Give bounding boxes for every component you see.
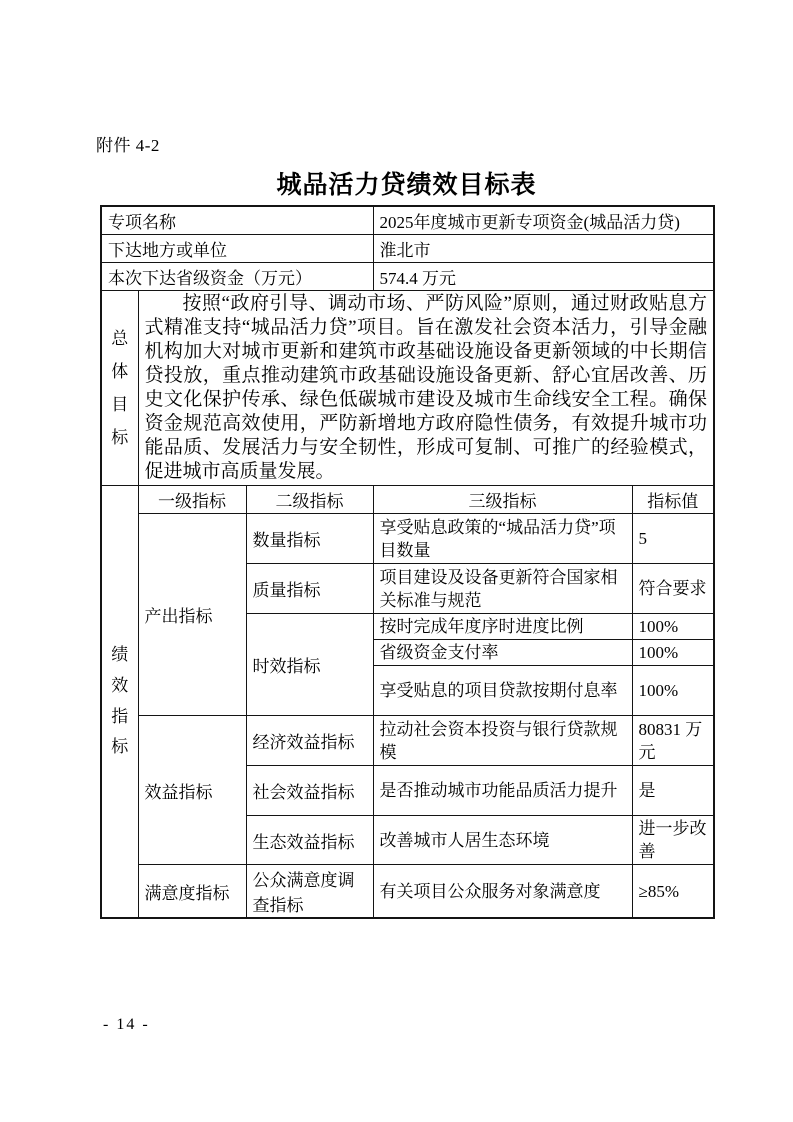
header-level1: 一级指标 (138, 486, 246, 514)
level2-public-satisfaction: 公众满意度调查指标 (246, 865, 373, 919)
indicator-value: ≥85% (632, 865, 714, 919)
indicator-value: 80831 万元 (632, 716, 714, 766)
overall-goal-row: 总体目标 按照“政府引导、调动市场、严防风险”原则，通过财政贴息方式精准支持“城… (101, 291, 714, 486)
indicator-row: 产出指标 数量指标 享受贴息政策的“城品活力贷”项目数量 5 (101, 514, 714, 564)
level1-satisfaction: 满意度指标 (138, 865, 246, 919)
project-name-label: 专项名称 (101, 206, 373, 235)
indicator-header-row: 绩效指标 一级指标 二级指标 三级指标 指标值 (101, 486, 714, 514)
indicator-value: 100% (632, 640, 714, 666)
indicator-value: 100% (632, 666, 714, 716)
indicator-value: 100% (632, 614, 714, 640)
document-page: 附件 4-2 城品活力贷绩效目标表 专项名称 2025年度城市更新专项资金(城品… (0, 0, 793, 1122)
level3-indicator: 项目建设及设备更新符合国家相关标准与规范 (373, 564, 632, 614)
table-row: 本次下达省级资金（万元） 574.4 万元 (101, 263, 714, 291)
indicator-value: 是 (632, 766, 714, 816)
level3-indicator: 省级资金支付率 (373, 640, 632, 666)
level3-indicator: 是否推动城市功能品质活力提升 (373, 766, 632, 816)
recipient-value: 淮北市 (373, 235, 714, 263)
header-level2: 二级指标 (246, 486, 373, 514)
overall-goal-label: 总体目标 (111, 322, 129, 455)
level2-timeliness: 时效指标 (246, 614, 373, 716)
header-level3: 三级指标 (373, 486, 632, 514)
level2-quality: 质量指标 (246, 564, 373, 614)
page-number: - 14 - (103, 1016, 150, 1034)
level2-ecological: 生态效益指标 (246, 816, 373, 865)
indicator-side-label-cell: 绩效指标 (101, 486, 138, 919)
table-row: 下达地方或单位 淮北市 (101, 235, 714, 263)
attachment-label: 附件 4-2 (96, 131, 160, 156)
page-title: 城品活力贷绩效目标表 (100, 165, 713, 201)
indicator-value: 5 (632, 514, 714, 564)
level3-indicator: 按时完成年度序时进度比例 (373, 614, 632, 640)
indicator-value: 符合要求 (632, 564, 714, 614)
level2-social: 社会效益指标 (246, 766, 373, 816)
performance-target-table: 专项名称 2025年度城市更新专项资金(城品活力贷) 下达地方或单位 淮北市 本… (100, 205, 715, 919)
level3-indicator: 拉动社会资本投资与银行贷款规模 (373, 716, 632, 766)
funding-amount-value: 574.4 万元 (373, 263, 714, 291)
indicator-row: 效益指标 经济效益指标 拉动社会资本投资与银行贷款规模 80831 万元 (101, 716, 714, 766)
level1-benefit: 效益指标 (138, 716, 246, 865)
indicator-value: 进一步改善 (632, 816, 714, 865)
indicator-row: 满意度指标 公众满意度调查指标 有关项目公众服务对象满意度 ≥85% (101, 865, 714, 919)
recipient-label: 下达地方或单位 (101, 235, 373, 263)
level3-indicator: 改善城市人居生态环境 (373, 816, 632, 865)
level1-output: 产出指标 (138, 514, 246, 716)
table-row: 专项名称 2025年度城市更新专项资金(城品活力贷) (101, 206, 714, 235)
project-name-value: 2025年度城市更新专项资金(城品活力贷) (373, 206, 714, 235)
level3-indicator: 有关项目公众服务对象满意度 (373, 865, 632, 919)
header-value: 指标值 (632, 486, 714, 514)
level2-economic: 经济效益指标 (246, 716, 373, 766)
level3-indicator: 享受贴息的项目贷款按期付息率 (373, 666, 632, 716)
overall-goal-text: 按照“政府引导、调动市场、严防风险”原则，通过财政贴息方式精准支持“城品活力贷”… (145, 292, 708, 484)
level2-quantity: 数量指标 (246, 514, 373, 564)
level3-indicator: 享受贴息政策的“城品活力贷”项目数量 (373, 514, 632, 564)
indicator-side-label: 绩效指标 (111, 640, 129, 762)
overall-goal-text-cell: 按照“政府引导、调动市场、严防风险”原则，通过财政贴息方式精准支持“城品活力贷”… (138, 291, 714, 486)
overall-goal-label-cell: 总体目标 (101, 291, 138, 486)
funding-amount-label: 本次下达省级资金（万元） (101, 263, 373, 291)
